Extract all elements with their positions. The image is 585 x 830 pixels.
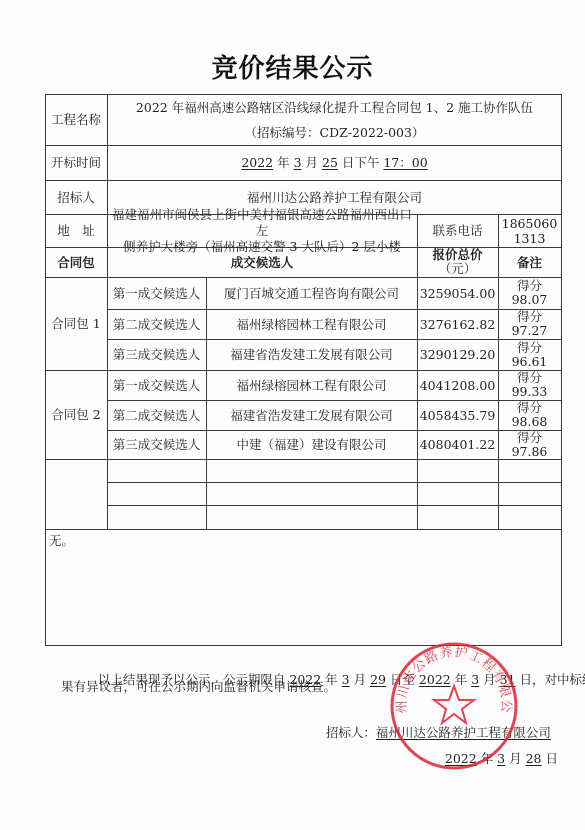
table-row-divider (45, 459, 562, 460)
opening-month: 3 (294, 154, 302, 171)
opening-time-value: 2022 年 3 月 25 日下午 17：00 (107, 145, 562, 180)
end-month-suffix: 月 (479, 672, 499, 687)
candidate-score: 得分 97.27 (498, 309, 561, 339)
candidate-score: 得分 99.33 (498, 370, 561, 400)
project-name-line1: 2022 年福州高速公路辖区沿线绿化提升工程合同包 1、2 施工协作队伍 (136, 95, 533, 120)
table-row-divider (107, 482, 562, 483)
page-title: 竞价结果公示 (0, 48, 585, 85)
project-name-line2: （招标编号：CDZ-2022-003） (245, 120, 425, 145)
table-row-divider (45, 529, 562, 530)
project-name-label: 工程名称 (45, 94, 107, 145)
address-label: 地 址 (45, 214, 107, 247)
score-value: 98.68 (512, 415, 548, 429)
opening-clock: 17：00 (383, 154, 427, 171)
signature-month: 3 (497, 751, 505, 766)
signature-day-suffix: 日 (541, 751, 557, 766)
table-border-bottom (45, 645, 562, 646)
candidate-company: 福建省浩发建工发展有限公司 (206, 339, 417, 370)
candidate-company: 福建省浩发建工发展有限公司 (206, 400, 417, 430)
signature-year: 2022 (445, 751, 477, 766)
end-year-suffix: 年 (451, 672, 471, 687)
end-month: 3 (471, 672, 479, 687)
score-label: 得分 (517, 310, 542, 324)
candidate-rank: 第一成交候选人 (107, 277, 206, 309)
start-day-suffix: 日至 (386, 672, 419, 687)
signature-date-line: 2022 年 3 月 28 日 (429, 732, 558, 786)
opening-year: 2022 (241, 154, 273, 171)
candidate-score: 得分 98.68 (498, 400, 561, 430)
candidate-company: 福州绿榕园林工程有限公司 (206, 309, 417, 339)
document-page: 竞价结果公示 工程名称 2022 年福州高速公路辖区沿线绿化提升工程合同包 1、… (0, 0, 585, 830)
candidate-score: 得分 96.61 (498, 339, 561, 370)
score-value: 98.07 (512, 293, 548, 307)
score-value: 97.86 (512, 445, 548, 459)
table-row-divider (107, 505, 562, 506)
end-year: 2022 (419, 672, 451, 687)
opening-day-suffix: 日下午 (338, 154, 383, 171)
score-value: 96.61 (512, 355, 548, 369)
signature-label: 招标人： (326, 725, 376, 740)
candidate-rank: 第三成交候选人 (107, 339, 206, 370)
package-2-label: 合同包 2 (45, 370, 107, 459)
candidate-rank: 第二成交候选人 (107, 400, 206, 430)
tenderer-label: 招标人 (45, 180, 107, 214)
phone-line2: 1313 (514, 231, 546, 246)
header-package: 合同包 (45, 247, 107, 277)
candidate-company: 福州绿榕园林工程有限公司 (206, 370, 417, 400)
project-name-value: 2022 年福州高速公路辖区沿线绿化提升工程合同包 1、2 施工协作队伍 （招标… (107, 94, 562, 145)
opening-year-suffix: 年 (273, 154, 293, 171)
address-value: 福建福州市闽侯县上街中美村福银高速公路福州西出口左 侧养护大楼旁（福州高速交警 … (107, 214, 417, 247)
candidate-price: 3290129.20 (417, 339, 498, 370)
candidate-rank: 第一成交候选人 (107, 370, 206, 400)
signature-month-suffix: 月 (505, 751, 525, 766)
score-label: 得分 (517, 341, 542, 355)
start-day: 29 (370, 672, 386, 687)
start-month: 3 (342, 672, 350, 687)
score-label: 得分 (517, 279, 542, 293)
candidate-price: 3259054.00 (417, 277, 498, 309)
end-day: 31 (500, 672, 516, 687)
candidate-rank: 第三成交候选人 (107, 430, 206, 459)
score-value: 97.27 (512, 324, 548, 338)
score-label: 得分 (517, 401, 542, 415)
candidate-price: 3276162.82 (417, 309, 498, 339)
start-month-suffix: 月 (350, 672, 370, 687)
phone-line1: 1865060 (502, 216, 558, 231)
opening-day: 25 (322, 154, 338, 171)
opening-time-label: 开标时间 (45, 145, 107, 180)
address-line1: 福建福州市闽侯县上街中美村福银高速公路福州西出口左 (107, 207, 417, 239)
candidate-price: 4041208.00 (417, 370, 498, 400)
header-price-line1: 报价总价 (432, 248, 482, 262)
candidate-company: 中建（福建）建设有限公司 (206, 430, 417, 459)
candidate-rank: 第二成交候选人 (107, 309, 206, 339)
header-remark: 备注 (498, 247, 561, 277)
signature-year-suffix: 年 (477, 751, 497, 766)
candidate-score: 得分 98.07 (498, 277, 561, 309)
phone-label: 联系电话 (417, 214, 498, 247)
header-candidate: 成交候选人 (107, 247, 417, 277)
opening-month-suffix: 月 (302, 154, 322, 171)
score-label: 得分 (517, 371, 542, 385)
remarks-text: 无。 (49, 532, 74, 550)
score-value: 99.33 (512, 385, 548, 399)
notice-line2: 果有异议者，可在公示期内向监督机关申请核查。 (61, 678, 336, 696)
candidate-company: 厦门百城交通工程咨询有限公司 (206, 277, 417, 309)
signature-day: 28 (526, 751, 542, 766)
package-1-label: 合同包 1 (45, 277, 107, 370)
phone-value: 1865060 1313 (498, 214, 561, 247)
candidate-price: 4058435.79 (417, 400, 498, 430)
end-day-suffix: 日，对中标结 (516, 672, 585, 687)
candidate-score: 得分 97.86 (498, 430, 561, 459)
candidate-price: 4080401.22 (417, 430, 498, 459)
score-label: 得分 (517, 431, 542, 445)
header-price-line2: （元） (439, 262, 477, 276)
header-price: 报价总价 （元） (417, 247, 498, 277)
